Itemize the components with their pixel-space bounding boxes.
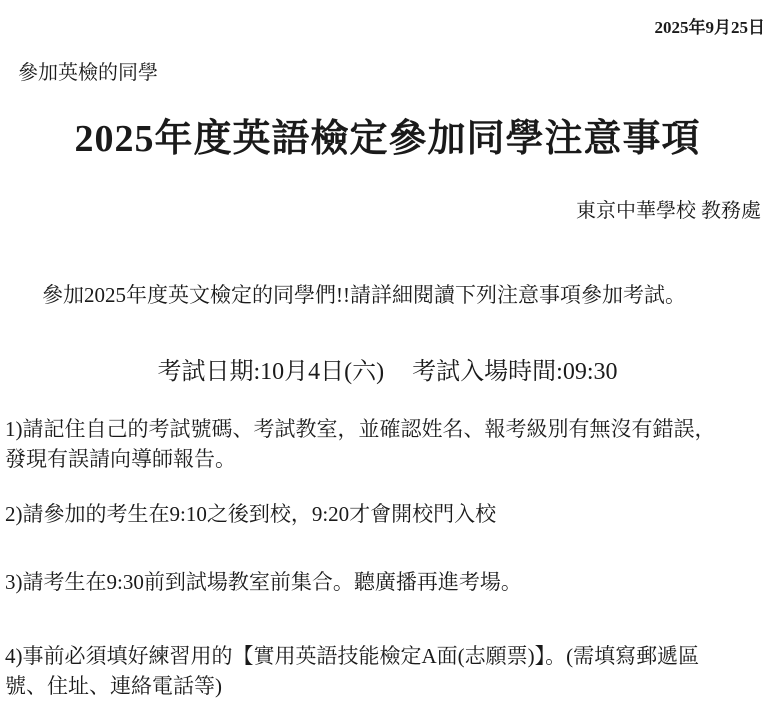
notice-item-3: 3)請考生在9:30前到試場教室前集合。聽廣播再進考場。 bbox=[5, 567, 767, 597]
exam-info-line: 考試日期:10月4日(六) 考試入場時間:09:30 bbox=[0, 356, 775, 390]
document-date: 2025年9月25日 bbox=[0, 16, 775, 40]
salutation: 參加英檢的同學 bbox=[0, 59, 775, 87]
notice-item-1: 1)請記住自己的考試號碼、考試教室，並確認姓名、報考級別有無沒有錯誤， 發現有誤… bbox=[5, 414, 767, 474]
exam-date: 考試日期:10月4日(六) bbox=[158, 356, 385, 390]
notice-items: 1)請記住自己的考試號碼、考試教室，並確認姓名、報考級別有無沒有錯誤， 發現有誤… bbox=[0, 414, 775, 701]
notice-item-4: 4)事前必須填好練習用的【實用英語技能檢定A面(志願票)】。(需填寫郵遞區 號、… bbox=[5, 641, 767, 701]
notice-item-2: 2)請參加的考生在9:10之後到校，9:20才會開校門入校 bbox=[5, 499, 767, 529]
exam-entry-time: 考試入場時間:09:30 bbox=[412, 356, 617, 390]
intro-paragraph: 參加2025年度英文檢定的同學們!!請詳細閱讀下列注意事項參加考試。 bbox=[0, 281, 775, 310]
document-title: 2025年度英語檢定參加同學注意事項 bbox=[0, 117, 775, 163]
notice-document: 2025年9月25日 參加英檢的同學 2025年度英語檢定參加同學注意事項 東京… bbox=[0, 0, 775, 713]
sender-signature: 東京中華學校 教務處 bbox=[0, 198, 775, 225]
